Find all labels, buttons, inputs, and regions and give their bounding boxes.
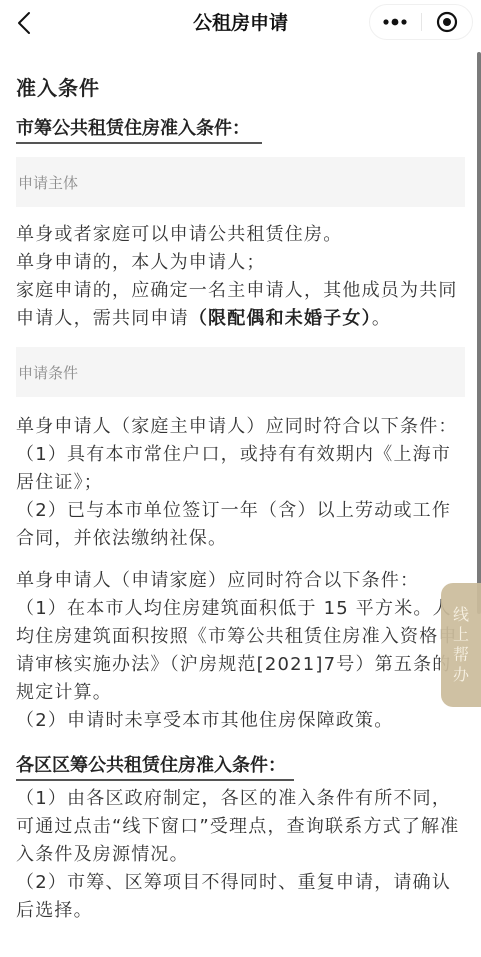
subject-paragraph: 单身或者家庭可以申请公共租赁住房。 单身申请的，本人为申请人； 家庭申请的，应确… xyxy=(16,221,468,333)
online-help-button[interactable]: 线 上 帮 办 xyxy=(441,583,481,707)
content-area: 准入条件 市筹公共租赁住房准入条件： 申请主体 单身或者家庭可以申请公共租赁住房… xyxy=(0,46,481,957)
city-heading: 市筹公共租赁住房准入条件： xyxy=(16,116,262,144)
conditions-label: 申请条件 xyxy=(18,362,78,383)
conditions-item: （2）已与本市单位签订一年（含）以上劳动或工作合同，并依法缴纳社保。 xyxy=(16,497,468,553)
mini-program-capsule xyxy=(369,4,473,40)
conditions-intro: 单身申请人（申请家庭）应同时符合以下条件： xyxy=(16,567,468,595)
district-heading: 各区区筹公共租赁住房准入条件： xyxy=(16,753,294,781)
page: 公租房申请 准入条件 市筹公共租赁住房准入条件： 申请主体 xyxy=(0,0,481,957)
more-dots-icon xyxy=(381,17,409,27)
conditions-label-box: 申请条件 xyxy=(16,347,465,397)
online-help-char: 帮 xyxy=(453,645,469,665)
target-circle-icon xyxy=(436,11,458,33)
online-help-char: 办 xyxy=(453,665,469,685)
district-item: （1）由各区政府制定，各区的准入条件有所不同，可通过点击“线下窗口”受理点，查询… xyxy=(16,785,468,869)
conditions-item: （1）在本市人均住房建筑面积低于 15 平方米。人均住房建筑面积按照《市筹公共租… xyxy=(16,595,468,707)
subject-line: 单身申请的，本人为申请人； xyxy=(16,249,468,277)
subject-label-box: 申请主体 xyxy=(16,157,465,207)
subject-line-end: 。 xyxy=(372,308,391,329)
online-help-char: 线 xyxy=(453,605,469,625)
more-button[interactable] xyxy=(370,5,421,39)
close-mini-program-button[interactable] xyxy=(422,5,473,39)
district-paragraph: （1）由各区政府制定，各区的准入条件有所不同，可通过点击“线下窗口”受理点，查询… xyxy=(16,785,468,925)
district-item: （2）市筹、区筹项目不得同时、重复申请，请确认后选择。 xyxy=(16,869,468,925)
navbar: 公租房申请 xyxy=(0,0,481,46)
conditions-block-2: 单身申请人（申请家庭）应同时符合以下条件： （1）在本市人均住房建筑面积低于 1… xyxy=(16,567,468,735)
conditions-item: （1）具有本市常住户口，或持有有效期内《上海市居住证》； xyxy=(16,441,468,497)
subject-line: 单身或者家庭可以申请公共租赁住房。 xyxy=(16,221,468,249)
subject-label: 申请主体 xyxy=(18,172,78,193)
subject-bold-note: （限配偶和未婚子女） xyxy=(189,308,372,329)
conditions-item: （2）申请时未享受本市其他住房保障政策。 xyxy=(16,707,468,735)
subject-line: 家庭申请的，应确定一名主申请人，其他成员为共同申请人，需共同申请（限配偶和未婚子… xyxy=(16,277,468,333)
section-title: 准入条件 xyxy=(16,74,465,102)
conditions-intro: 单身申请人（家庭主申请人）应同时符合以下条件： xyxy=(16,413,468,441)
conditions-block-1: 单身申请人（家庭主申请人）应同时符合以下条件： （1）具有本市常住户口，或持有有… xyxy=(16,413,468,553)
online-help-char: 上 xyxy=(453,625,469,645)
scrollbar[interactable] xyxy=(477,52,481,614)
